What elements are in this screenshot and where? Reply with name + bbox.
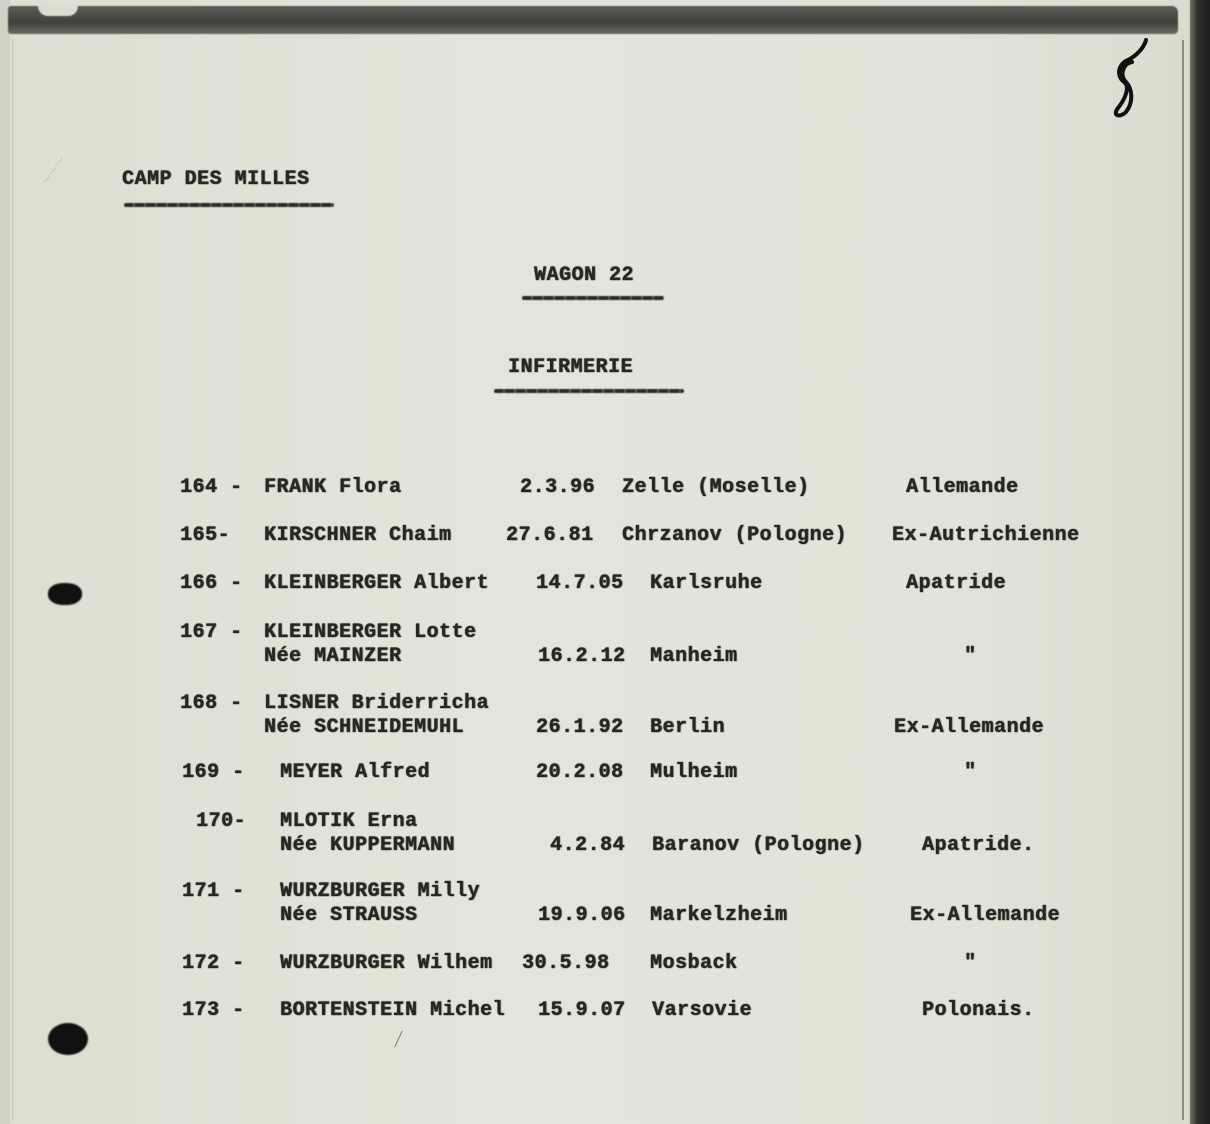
section-title: INFIRMERIE [508,356,633,379]
entry-birth-date: 30.5.98 [522,952,610,975]
wagon-title: WAGON 22 [534,264,634,287]
entry-number: 167 - [180,621,243,644]
entry-name: KLEINBERGER Albert [264,572,489,595]
entry-birth-place: Baranov (Pologne) [652,834,865,857]
entry-nationality: " [964,952,977,975]
entry-maiden-name: Née MAINZER [264,645,402,668]
entry-name: MEYER Alfred [280,761,430,784]
entry-maiden-name: Née KUPPERMANN [280,834,455,857]
entry-name: MLOTIK Erna [280,810,418,833]
entry-name: WURZBURGER Milly [280,880,480,903]
entry-birth-place: Berlin [650,716,725,739]
entry-number: 166 - [180,572,243,595]
page-edge-line [1182,40,1184,1120]
entry-number: 168 - [180,692,243,715]
entry-number: 165- [180,524,230,547]
entry-maiden-name: Née SCHNEIDEMUHL [264,716,464,739]
entry-birth-date: 14.7.05 [536,572,624,595]
entry-birth-date: 20.2.08 [536,761,624,784]
entry-birth-date: 16.2.12 [538,645,626,668]
punch-hole-upper [48,583,82,605]
section-title-underline [494,389,684,393]
scan-right-edge [1190,0,1210,1124]
entry-birth-place: Varsovie [652,999,752,1022]
entry-name: FRANK Flora [264,476,402,499]
entry-nationality: " [964,645,977,668]
entry-name: WURZBURGER Wilhem [280,952,493,975]
entry-number: 171 - [182,880,245,903]
entry-name: KLEINBERGER Lotte [264,621,477,644]
entry-nationality: Apatride [906,572,1006,595]
entry-name: KIRSCHNER Chaim [264,524,452,547]
entry-number: 164 - [180,476,243,499]
entry-maiden-name: Née STRAUSS [280,904,418,927]
entry-nationality: Ex-Autrichienne [892,524,1080,547]
entry-birth-place: Zelle (Moselle) [622,476,810,499]
entry-name: BORTENSTEIN Michel [280,999,505,1022]
entry-birth-date: 15.9.07 [538,999,626,1022]
entry-nationality: Allemande [906,476,1019,499]
entry-birth-place: Mosback [650,952,738,975]
entry-birth-date: 27.6.81 [506,524,594,547]
entry-birth-date: 2.3.96 [520,476,595,499]
handwritten-8-icon [1106,36,1154,120]
camp-title: CAMP DES MILLES [122,168,310,191]
entry-birth-date: 26.1.92 [536,716,624,739]
entry-birth-place: Manheim [650,645,738,668]
entry-nationality: " [964,761,977,784]
page-number-handwritten [1106,36,1154,120]
entry-number: 173 - [182,999,245,1022]
wagon-title-underline [522,296,664,300]
entry-nationality: Ex-Allemande [910,904,1060,927]
punch-hole-lower [48,1023,88,1055]
entry-birth-place: Markelzheim [650,904,788,927]
entry-number: 169 - [182,761,245,784]
entry-name: LISNER Briderricha [264,692,489,715]
camp-title-underline [124,203,334,207]
page-left-line [12,40,13,1120]
entry-number: 170- [196,810,246,833]
scan-top-shadow [8,6,1178,34]
entry-nationality: Apatride. [922,834,1035,857]
entry-birth-date: 4.2.84 [550,834,625,857]
entry-nationality: Ex-Allemande [894,716,1044,739]
entry-birth-place: Mulheim [650,761,738,784]
entry-birth-place: Chrzanov (Pologne) [622,524,847,547]
entry-birth-date: 19.9.06 [538,904,626,927]
entry-birth-place: Karlsruhe [650,572,763,595]
entry-number: 172 - [182,952,245,975]
entry-nationality: Polonais. [922,999,1035,1022]
